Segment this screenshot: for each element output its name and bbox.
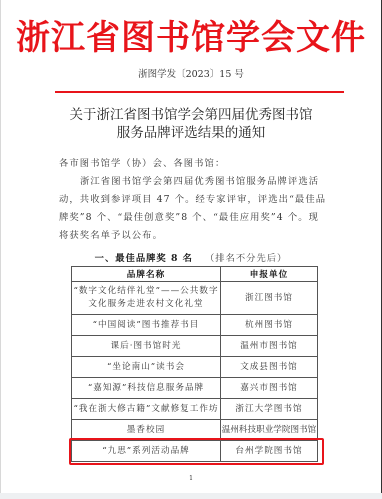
table-row: 课后·图书馆时光 温州市图书馆 — [72, 336, 318, 357]
brand-cell: 墨香校园 — [72, 420, 221, 441]
table-row: “中国阅读”图书推荐书目 杭州图书馆 — [72, 315, 318, 336]
brand-cell: 课后·图书馆时光 — [72, 336, 221, 357]
table-row-highlighted: “九思”系列活动品牌 台州学院图书馆 — [72, 441, 318, 462]
unit-cell: 温州市图书馆 — [221, 336, 318, 357]
brand-cell: “数字文化结伴礼堂”——公共数字文化服务走进农村文化礼堂 — [72, 282, 221, 315]
unit-cell: 嘉兴市图书馆 — [221, 378, 318, 399]
section-note: （排名不分先后） — [205, 253, 287, 264]
section-title: 一、最佳品牌奖 8 名 — [95, 253, 193, 264]
table-row: “嘉知源”科技信息服务品牌 嘉兴市图书馆 — [72, 378, 318, 399]
section-heading: 一、最佳品牌奖 8 名（排名不分先后） — [1, 250, 381, 264]
red-divider — [55, 91, 344, 93]
body-paragraph: 浙江省图书馆学会第四届优秀图书馆服务品牌评选活动，共收到参评项目 47 个。经专… — [59, 173, 327, 245]
unit-cell: 杭州图书馆 — [221, 315, 318, 336]
brand-cell: “嘉知源”科技信息服务品牌 — [72, 378, 221, 399]
table-header-row: 品牌名称 申报单位 — [72, 267, 318, 282]
unit-cell: 温州科技职业学院图书馆 — [221, 420, 318, 441]
brand-cell: “我在浙大修古籍”文献修复工作坊 — [72, 399, 221, 420]
masthead: 浙江省图书馆学会文件 — [1, 18, 381, 58]
header-brand-name: 品牌名称 — [72, 267, 221, 282]
unit-cell: 台州学院图书馆 — [221, 441, 318, 462]
document-number: 浙图学发〔2023〕15 号 — [1, 66, 381, 80]
brand-cell: “九思”系列活动品牌 — [72, 441, 221, 462]
unit-cell: 文成县图书馆 — [221, 357, 318, 378]
document-page: 浙江省图书馆学会文件 浙图学发〔2023〕15 号 关于浙江省图书馆学会第四届优… — [0, 0, 382, 493]
brand-cell: “中国阅读”图书推荐书目 — [72, 315, 221, 336]
unit-cell: 浙江大学图书馆 — [221, 399, 318, 420]
salutation: 各市图书馆学（协）会、各图书馆： — [59, 155, 327, 173]
brand-cell: “坐论南山”读书会 — [72, 357, 221, 378]
page-number: 1 — [1, 475, 381, 482]
table-row: “我在浙大修古籍”文献修复工作坊 浙江大学图书馆 — [72, 399, 318, 420]
header-unit: 申报单位 — [221, 267, 318, 282]
table-row: “数字文化结伴礼堂”——公共数字文化服务走进农村文化礼堂 浙江图书馆 — [72, 282, 318, 315]
table-row: 墨香校园 温州科技职业学院图书馆 — [72, 420, 318, 441]
title-line-2: 服务品牌评选结果的通知 — [1, 124, 381, 142]
table-row: “坐论南山”读书会 文成县图书馆 — [72, 357, 318, 378]
unit-cell: 浙江图书馆 — [221, 282, 318, 315]
document-title: 关于浙江省图书馆学会第四届优秀图书馆 服务品牌评选结果的通知 — [1, 106, 381, 142]
award-table: 品牌名称 申报单位 “数字文化结伴礼堂”——公共数字文化服务走进农村文化礼堂 浙… — [71, 266, 318, 462]
title-line-1: 关于浙江省图书馆学会第四届优秀图书馆 — [1, 106, 381, 124]
